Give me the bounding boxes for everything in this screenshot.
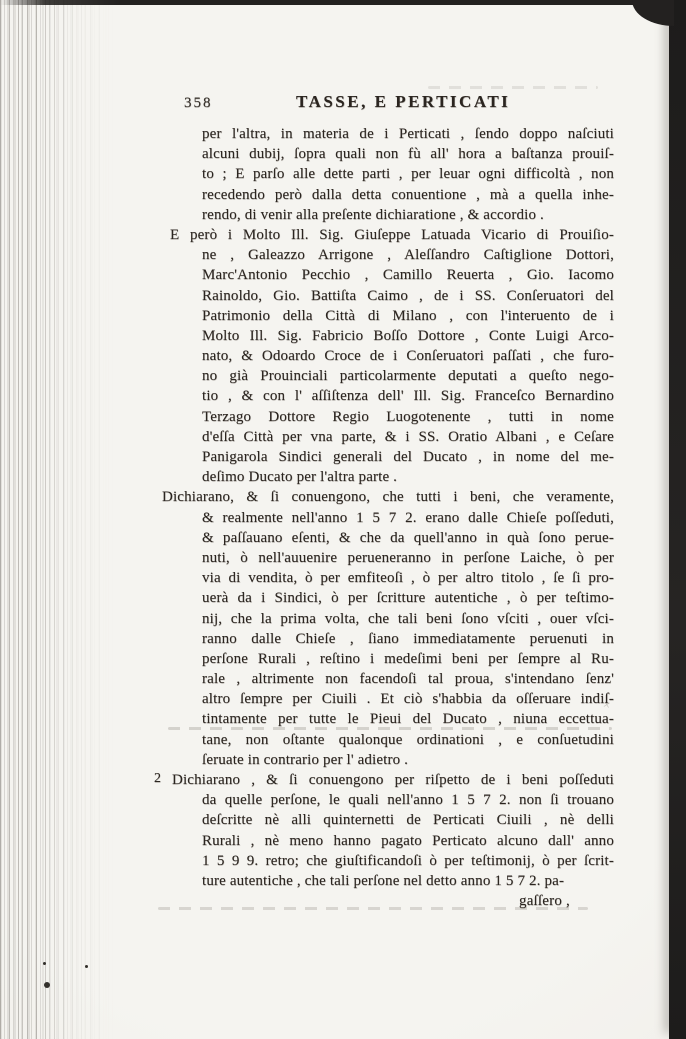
running-header-row: 358 TASSE, E PERTICATI	[0, 92, 686, 118]
paragraph: per l'altra, in materia de i Perticati ,…	[202, 124, 614, 225]
scanned-book-page: 358 TASSE, E PERTICATI per l'altra, in m…	[0, 0, 686, 1039]
text-line: & realmente nell'anno 1 5 7 2. erano dal…	[202, 508, 614, 528]
text-line: Dichiarano, & ſi conuengono, che tutti i…	[162, 487, 614, 507]
text-line: deſcritte nè alli quinternetti de Pertic…	[202, 810, 614, 830]
text-line: alcuni dubij, ſopra quali non fù all' ho…	[202, 144, 614, 164]
page-number: 358	[184, 95, 213, 112]
text-line: ne , Galeazzo Arrigone , Aleſſandro Caſt…	[202, 245, 614, 265]
text-line: E però i Molto Ill. Sig. Giuſeppe Latuad…	[170, 225, 614, 245]
text-line: tane, non oſtante qualonque ordinationi …	[202, 730, 614, 750]
text-line: Terzago Dottore Regio Luogotenente , tut…	[202, 407, 614, 427]
text-line: rendo, di venir alla preſente dichiarati…	[202, 205, 614, 225]
running-header-title: TASSE, E PERTICATI	[296, 92, 510, 112]
text-line: nij, che la prima volta, che tali beni ſ…	[202, 609, 614, 629]
text-line: rale , altrimente non facendoſi tal prou…	[202, 669, 614, 689]
text-line: Marc'Antonio Pecchio , Camillo Reuerta ,…	[202, 265, 614, 285]
text-line: ſeruate in contrario per l' adietro .	[202, 750, 614, 770]
paragraph-number: 2	[154, 771, 161, 787]
text-line: da quelle perſone, le quali nell'anno 1 …	[202, 790, 614, 810]
text-line: no già Prouinciali particolarmente deput…	[202, 366, 614, 386]
binding-gutter-streaks	[0, 0, 118, 1039]
text-line: nato, & Odoardo Croce de i Conſeruatori …	[202, 346, 614, 366]
scan-right-edge	[669, 0, 686, 1039]
text-line: Rainoldo, Gio. Battiſta Caimo , de i SS.…	[202, 286, 614, 306]
text-line: uerà da i Sindici, ò per ſcritture auten…	[202, 588, 614, 608]
text-line: Molto Ill. Sig. Fabricio Boſſo Dottore ,…	[202, 326, 614, 346]
text-line: to ; E parſo alle dette parti , per leua…	[202, 164, 614, 184]
text-line: nuti, ò nell'auuenire perueneranno in pe…	[202, 548, 614, 568]
bleedthrough-dashes	[168, 727, 612, 730]
text-line: ranno dalle Chieſe , ſiano immediatament…	[202, 629, 614, 649]
text-line: via di vendita, ò per emfiteoſi , ò per …	[202, 568, 614, 588]
ink-speck	[85, 965, 88, 968]
ink-speck	[44, 982, 50, 988]
text-line: Patrimonio della Città di Milano , con l…	[202, 306, 614, 326]
text-line: tio , & con l' aſſiſtenza dell' Ill. Sig…	[202, 386, 614, 406]
text-line: recedendo però dalla detta conuentione ,…	[202, 185, 614, 205]
text-line: perſone Rurali , reſtino i medeſimi beni…	[202, 649, 614, 669]
text-line: ture autentiche , che tali perſone nel d…	[202, 871, 614, 891]
text-line: & paſſauano eſenti, & che da quell'anno …	[202, 528, 614, 548]
bleedthrough-dashes	[428, 86, 598, 89]
text-line: Dichiarano , & ſi conuengono per riſpett…	[172, 770, 614, 790]
text-line: altro ſempre per Ciuili . Et ciò s'habbi…	[202, 689, 614, 709]
text-line: Panigarola Sindici generali del Ducato ,…	[202, 447, 614, 467]
paragraph: E però i Molto Ill. Sig. Giuſeppe Latuad…	[202, 225, 614, 487]
ink-speck	[43, 962, 46, 965]
scan-top-edge	[0, 0, 686, 5]
scan-corner-shadow	[632, 0, 674, 26]
text-line: Rurali , nè meno hanno pagato Perticato …	[202, 831, 614, 851]
text-line: per l'altra, in materia de i Perticati ,…	[202, 124, 614, 144]
bleedthrough-dashes	[158, 907, 588, 910]
paragraph: 2Dichiarano , & ſi conuengono per riſpet…	[202, 770, 614, 891]
text-line: deſimo Ducato per l'altra parte .	[202, 467, 614, 487]
text-line: 1 5 9 9. retro; che giuſtificandoſi ò pe…	[202, 851, 614, 871]
text-block: per l'altra, in materia de i Perticati ,…	[162, 124, 614, 911]
text-line: d'eſſa Città per vna parte, & i SS. Orat…	[202, 427, 614, 447]
